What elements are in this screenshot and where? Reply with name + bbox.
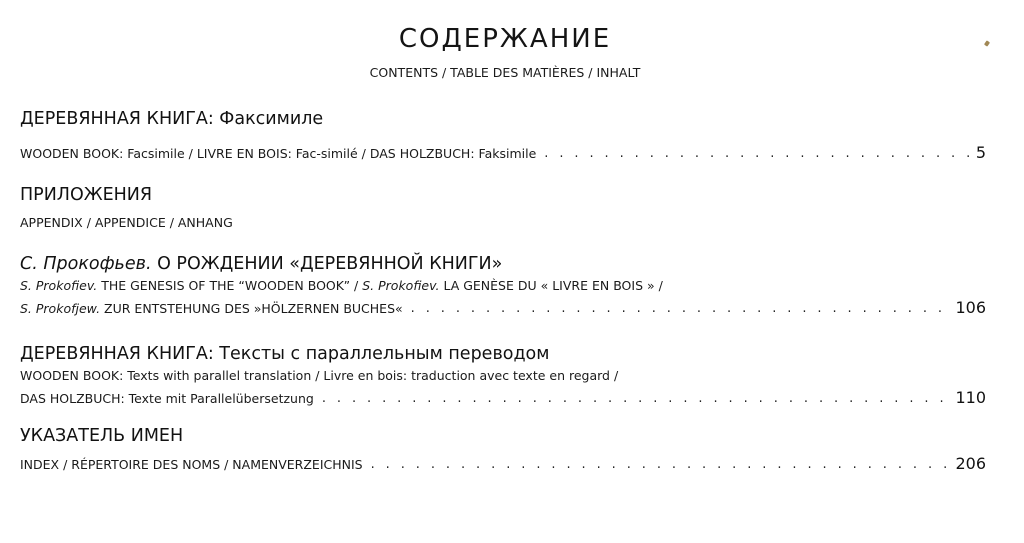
page-subtitle: CONTENTS / TABLE DES MATIÈRES / INHALT [0,65,1010,80]
toc-entry-index[interactable]: УКАЗАТЕЛЬ ИМЕН INDEX / RÉPERTOIRE DES NO… [20,425,986,477]
author-de: S. Prokofjew. [20,301,100,316]
entry-title: ДЕРЕВЯННАЯ КНИГА: Тексты с параллельным … [20,343,986,365]
toc-entry-appendix[interactable]: ПРИЛОЖЕНИЯ APPENDIX / APPENDICE / ANHANG [20,184,986,234]
entry-leader-line: WOODEN BOOK: Facsimile / LIVRE EN BOIS: … [20,142,986,166]
entry-leader-line: INDEX / RÉPERTOIRE DES NOMS / NAMENVERZE… [20,453,986,477]
page-title: СОДЕРЖАНИЕ [0,24,1010,54]
toc-entry-parallel-texts[interactable]: ДЕРЕВЯННАЯ КНИГА: Тексты с параллельным … [20,343,986,411]
page-number: 5 [976,142,986,164]
entry-subtitle-line-2: DAS HOLZBUCH: Texte mit Parallelübersetz… [20,388,314,410]
entry-subtitle-line-2: S. Prokofjew. ZUR ENTSTEHUNG DES »HÖLZER… [20,298,403,320]
title-fr: LA GENÈSE DU « LIVRE EN BOIS » / [443,278,662,293]
entry-subtitle: WOODEN BOOK: Facsimile / LIVRE EN BOIS: … [20,143,536,165]
title-en: THE GENESIS OF THE “WOODEN BOOK” / [101,278,358,293]
entry-title: ДЕРЕВЯННАЯ КНИГА: Факсимиле [20,108,986,130]
page-number: 206 [955,453,986,475]
page-number: 106 [955,297,986,319]
entry-subtitle-line-1: S. Prokofiev. THE GENESIS OF THE “WOODEN… [20,275,986,297]
entry-subtitle: APPENDIX / APPENDICE / ANHANG [20,212,986,234]
entry-leader-line: S. Prokofjew. ZUR ENTSTEHUNG DES »HÖLZER… [20,297,986,321]
dot-leader [544,143,970,165]
author-en: S. Prokofiev. [20,278,97,293]
title-de: ZUR ENTSTEHUNG DES »HÖLZERNEN BUCHES« [104,301,403,316]
toc-entry-prokofiev-genesis[interactable]: С. Прокофьев. О РОЖДЕНИИ «ДЕРЕВЯННОЙ КНИ… [20,253,986,321]
dot-leader [322,388,950,410]
entry-title: ПРИЛОЖЕНИЯ [20,184,986,206]
dot-leader [371,454,950,476]
entry-title: УКАЗАТЕЛЬ ИМЕН [20,425,986,447]
entry-title-text: О РОЖДЕНИИ «ДЕРЕВЯННОЙ КНИГИ» [157,254,502,274]
entry-author: С. Прокофьев. [20,254,152,274]
entry-subtitle-line-1: WOODEN BOOK: Texts with parallel transla… [20,365,986,387]
author-fr: S. Prokofiev. [362,278,439,293]
entry-title: С. Прокофьев. О РОЖДЕНИИ «ДЕРЕВЯННОЙ КНИ… [20,253,986,275]
dot-leader [411,298,950,320]
toc-entry-facsimile[interactable]: ДЕРЕВЯННАЯ КНИГА: Факсимиле WOODEN BOOK:… [20,108,986,166]
entry-subtitle: INDEX / RÉPERTOIRE DES NOMS / NAMENVERZE… [20,454,363,476]
entry-leader-line: DAS HOLZBUCH: Texte mit Parallelübersetz… [20,387,986,411]
page-number: 110 [955,387,986,409]
